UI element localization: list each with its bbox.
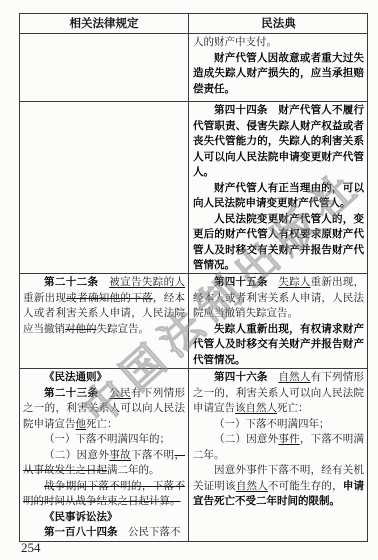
paragraph: 第四十四条 财产代管人不履行代管职责、侵害失踪人财产权益或者丧失代管能力的，失踪… [193, 103, 364, 181]
text-run: 公民下落不 [128, 527, 181, 538]
text-run: 不可能生存的， [268, 481, 343, 492]
text-run: 第四十四条 财产代管人不履行代管职责、侵害失踪人财产权益或者丧失代管能力的，失踪… [193, 104, 364, 178]
text-run: （一）下落不明满四年的； [44, 434, 170, 445]
underlined-text: 他 [76, 419, 87, 430]
paragraph: 人民法院变更财产代管人的，变更后的财产代管人有权要求原财产代管人及时移交有关财产… [193, 212, 364, 274]
text-run: 人的财产中支付。 [193, 37, 277, 48]
text-run: 失踪宣告。 [97, 324, 150, 335]
text-run: 死亡： [86, 419, 118, 430]
table-row: 人的财产中支付。财产代管人因故意或者重大过失造成失踪人财产损失的，应当承担赔偿责… [20, 33, 367, 101]
column-header-related-laws: 相关法律规定 [20, 14, 189, 33]
bold-text: 第二十三条 [44, 387, 109, 399]
deleted-text: 对他的 [65, 324, 97, 335]
text-run: （二）因意外 [44, 450, 109, 461]
table-row: 第二十二条 被宣告失踪的人重新出现或者确知他的下落，经本人或者利害关系人申请，人… [20, 273, 367, 368]
column-header-civil-code: 民法典 [189, 14, 367, 33]
paragraph: 人的财产中支付。 [193, 35, 364, 51]
underlined-text: 事件 [278, 434, 299, 445]
bold-text: 第二十二条 [44, 276, 109, 288]
civil-code-cell: 第四十五条 失踪人重新出现，经本人或者利害关系人申请，人民法院应当撤销失踪宣告。… [189, 274, 367, 368]
paragraph: 因意外事件下落不明，经有关机关证明该自然人不可能生存的，申请宣告死亡不受二年时间… [193, 463, 364, 510]
underlined-text: 失踪人 [278, 277, 310, 288]
text-run: （二）因意外 [214, 434, 278, 445]
paragraph: （一）下落不明满四年； [193, 417, 364, 433]
related-laws-cell [20, 34, 189, 101]
text-run: 财产代管人有正当理由的，可以向人民法院申请变更财产代管人。 [193, 182, 364, 210]
underlined-text: 事故 [109, 450, 131, 461]
bold-text: 《民法通则》 [44, 371, 107, 383]
bold-text: 《民事诉讼法》 [44, 511, 118, 523]
bold-text: 第四十六条 [214, 371, 278, 383]
table-row: 《民法通则》第二十三条 公民有下列情形之一的，利害关系人可以向人民法院申请宣告他… [20, 368, 367, 541]
text-run: 满二年的。 [107, 465, 160, 476]
text-run: 财产代管人因故意或者重大过失造成失踪人财产损失的，应当承担赔偿责任。 [193, 52, 364, 95]
text-run: 人民法院变更财产代管人的，变更后的财产代管人有权要求原财产代管人及时移交有关财产… [193, 213, 364, 272]
text-run: 下落不明 [131, 450, 175, 461]
paragraph: 第二十二条 被宣告失踪的人重新出现或者确知他的下落，经本人或者利害关系人申请，人… [23, 275, 185, 337]
paragraph: 《民法通则》 [23, 370, 185, 386]
paragraph: （二）因意外事故下落不明，从事故发生之日起满二年的。 [23, 448, 185, 479]
related-laws-cell [20, 102, 189, 273]
civil-code-cell: 人的财产中支付。财产代管人因故意或者重大过失造成失踪人财产损失的，应当承担赔偿责… [189, 34, 367, 101]
paragraph: 财产代管人有正当理由的，可以向人民法院申请变更财产代管人。 [193, 181, 364, 212]
bold-text: 第一百八十四条 [44, 526, 128, 538]
paragraph: 第四十五条 失踪人重新出现，经本人或者利害关系人申请，人民法院应当撤销失踪宣告。 [193, 275, 364, 322]
law-comparison-table: 相关法律规定 民法典 人的财产中支付。财产代管人因故意或者重大过失造成失踪人财产… [19, 13, 368, 542]
underlined-text: 公民 [109, 388, 131, 399]
underlined-text: 自然人 [236, 481, 268, 492]
deleted-text: 战争期间下落不明的，下落不明的时间从战争结束之日起计算。 [23, 481, 185, 508]
underlined-text: 该自然人 [235, 403, 277, 414]
paragraph: 第四十六条 自然人有下列情形之一的，利害关系人可以向人民法院申请宣告该自然人死亡… [193, 370, 364, 417]
underlined-text: 被宣告失踪的人 [109, 277, 185, 288]
bold-text: 第四十五条 [214, 276, 278, 288]
text-run: （一）下落不明满四年； [214, 419, 330, 430]
underlined-text: 自然人 [278, 372, 310, 383]
civil-code-cell: 第四十四条 财产代管人不履行代管职责、侵害失踪人财产权益或者丧失代管能力的，失踪… [189, 102, 367, 273]
table-header-row: 相关法律规定 民法典 [20, 14, 367, 33]
deleted-text: 或者确知他的下落 [66, 293, 153, 304]
paragraph: （一）下落不明满四年的； [23, 432, 185, 448]
related-laws-cell: 《民法通则》第二十三条 公民有下列情形之一的，利害关系人可以向人民法院申请宣告他… [20, 369, 189, 541]
paragraph: 《民事诉讼法》 [23, 510, 185, 526]
paragraph: 第一百八十四条 公民下落不 [23, 525, 185, 541]
table-row: 第四十四条 财产代管人不履行代管职责、侵害失踪人财产权益或者丧失代管能力的，失踪… [20, 101, 367, 273]
text-run: 失踪人重新出现，有权请求财产代管人及时移交有关财产并报告财产代管情况。 [193, 323, 364, 366]
related-laws-cell: 第二十二条 被宣告失踪的人重新出现或者确知他的下落，经本人或者利害关系人申请，人… [20, 274, 189, 368]
civil-code-cell: 第四十六条 自然人有下列情形之一的，利害关系人可以向人民法院申请宣告该自然人死亡… [189, 369, 367, 541]
text-run: 重新出现 [23, 293, 66, 304]
paragraph: 战争期间下落不明的，下落不明的时间从战争结束之日起计算。 [23, 479, 185, 510]
paragraph: （二）因意外事件，下落不明满二年。 [193, 432, 364, 463]
text-run: 死亡： [277, 403, 309, 414]
page-number: 254 [21, 540, 41, 556]
paragraph: 第二十三条 公民有下列情形之一的，利害关系人可以向人民法院申请宣告他死亡： [23, 386, 185, 433]
paragraph: 失踪人重新出现，有权请求财产代管人及时移交有关财产并报告财产代管情况。 [193, 322, 364, 369]
paragraph: 财产代管人因故意或者重大过失造成失踪人财产损失的，应当承担赔偿责任。 [193, 51, 364, 98]
